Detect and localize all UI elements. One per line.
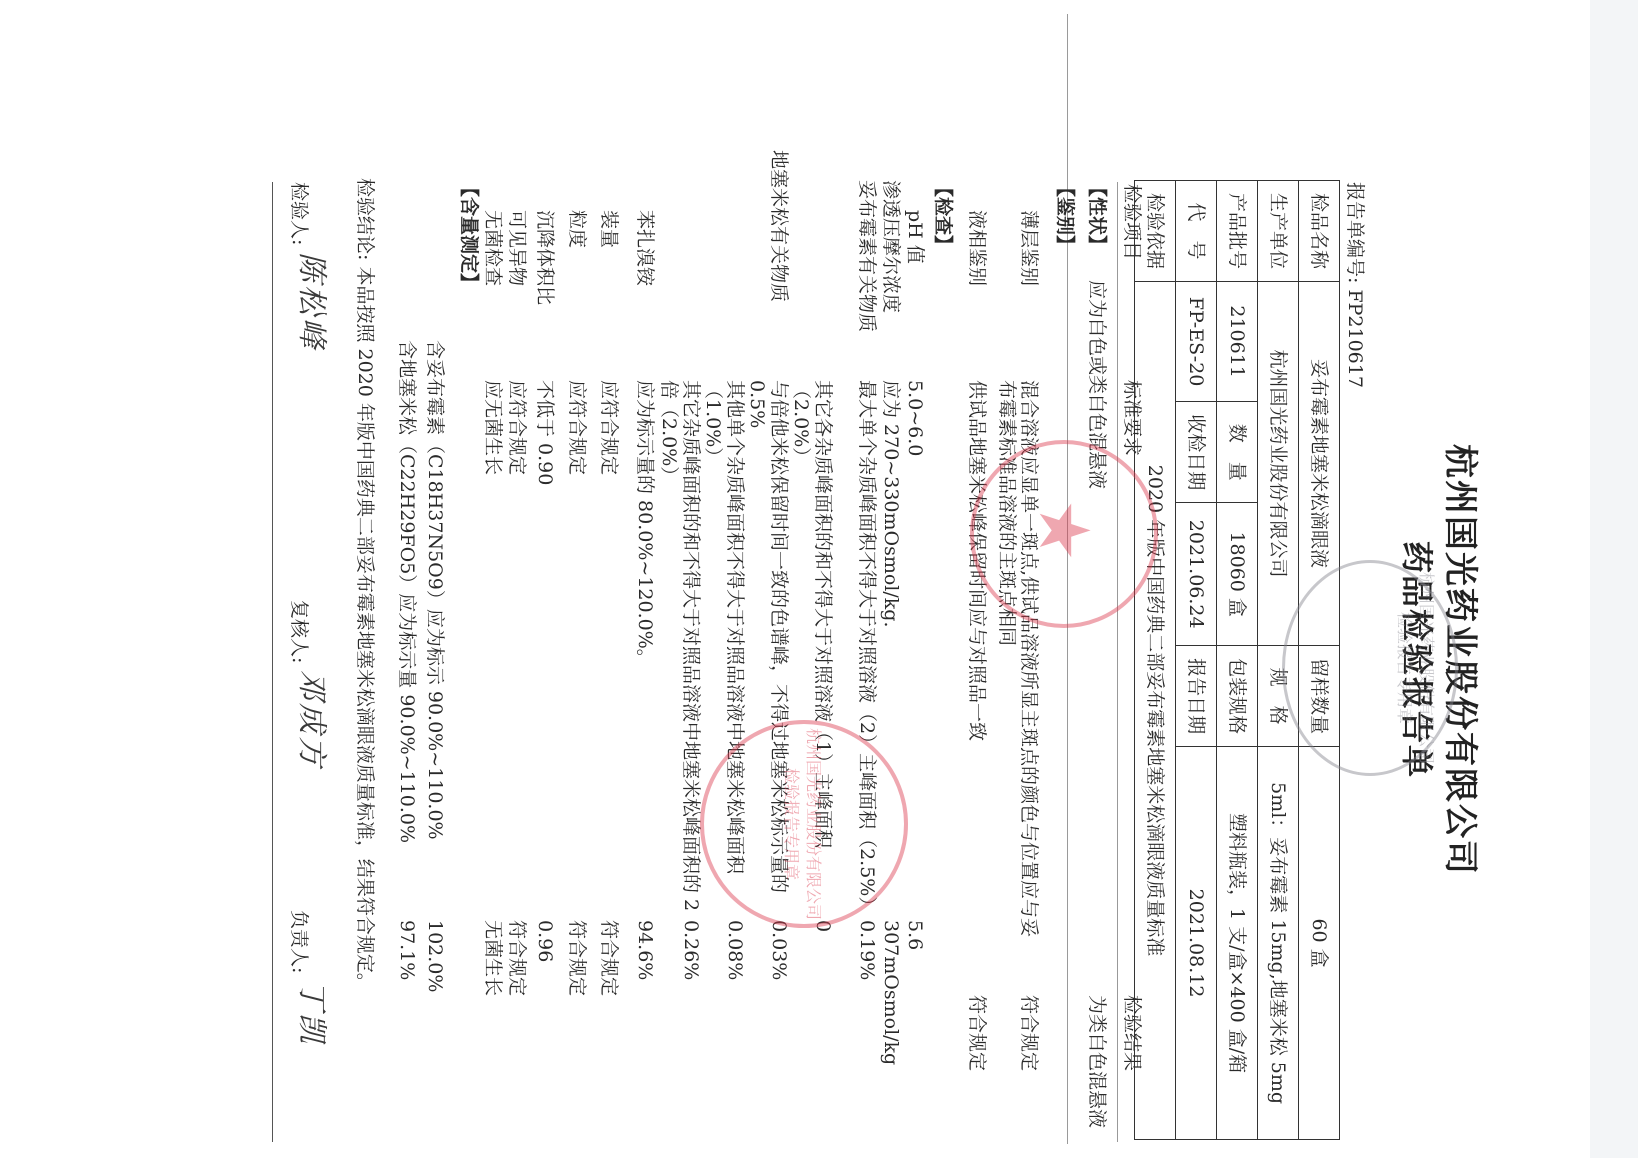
result-hplc: 符合规定 [966, 995, 988, 1071]
manufacturer-label: 生产单位 [1258, 181, 1299, 282]
standard-sterility: 应无菌生长 [482, 380, 504, 475]
packaging-label: 包装规格 [1217, 646, 1258, 747]
item-sterility: 无菌检查 [482, 210, 504, 286]
item-dexamethasone-impurities: 地塞米松有关物质 [768, 150, 790, 302]
report-number: 报告单编号: FP210617 [1344, 182, 1366, 388]
code: FP-ES-20 [1176, 282, 1217, 402]
company-name: 杭州国光药业股份有限公司 [1440, 160, 1480, 1158]
packaging: 塑料瓶装，1 支/盒×400 盒/箱 [1217, 747, 1258, 1140]
report-number-label: 报告单编号: [1344, 182, 1366, 283]
batch: 210611 [1217, 282, 1258, 402]
manufacturer: 杭州国光药业股份有限公司 [1258, 282, 1299, 646]
result-appearance: 为类白色混悬液 [1086, 995, 1108, 1128]
section-title-assay: 【含量测定】 [458, 178, 480, 292]
reviewer-label: 复核人: [288, 600, 310, 663]
item-benzalkonium: 苯扎溴铵 [634, 210, 656, 286]
standard-osmolality: 应为 270~330mOsmol/kg. [880, 380, 902, 627]
spec-label: 规 格 [1258, 646, 1299, 747]
standard-tlc: 混合溶液应显单一斑点,供试品溶液所显主斑点的颜色与位置应与妥布霉素标准品溶液的主… [996, 380, 1040, 940]
report-date-label: 报告日期 [1176, 646, 1217, 747]
item-ph: pH 值 [904, 210, 926, 264]
result-benzalkonium: 94.6% [634, 920, 656, 980]
result-tobramycin-impurity-single: 0.19% [856, 920, 878, 980]
standard-sedimentation: 不低于 0.90 [534, 380, 556, 485]
batch-label: 产品批号 [1217, 181, 1258, 282]
result-tobramycin-impurity-total: 0 [812, 920, 834, 932]
inspection-report-page: 杭州国光药业股份有限公司 药品检验报告单 报告单编号: FP210617 检品名… [188, 160, 1488, 1158]
item-visible-particles: 可见异物 [506, 210, 528, 286]
responsible-label: 负责人: [288, 910, 310, 973]
code-label: 代 号 [1176, 181, 1217, 282]
product-name-label: 检品名称 [1299, 181, 1340, 282]
quantity-label: 数 量 [1217, 402, 1258, 503]
responsible-signature: 丁凯 [300, 980, 322, 1046]
standard-appearance: 应为白色或类白色混悬液 [1086, 280, 1108, 489]
standard-particle-size: 应符合规定 [566, 380, 588, 475]
result-dex-betamethasone: 0.03% [768, 920, 790, 980]
report-date: 2021.08.12 [1176, 747, 1217, 1140]
conclusion-text: 本品按照 2020 年版中国药典二部妥布霉素地塞米松滴眼液质量标准，结果符合规定… [354, 266, 376, 991]
result-visible-particles: 符合规定 [506, 920, 528, 996]
item-tobramycin-impurities: 妥布霉素有关物质 [856, 180, 878, 332]
conclusion: 检验结论: 本品按照 2020 年版中国药典二部妥布霉素地塞米松滴眼液质量标准，… [354, 178, 376, 992]
item-fill-volume: 装量 [598, 210, 620, 248]
result-dex-impurity-single: 0.08% [724, 920, 746, 980]
result-particle-size: 符合规定 [566, 920, 588, 996]
item-hplc: 液相鉴别 [966, 210, 988, 286]
retained-qty-label: 留样数量 [1299, 646, 1340, 747]
section-title-appearance: 【性状】 [1086, 178, 1108, 254]
standard-dex-impurity-single: 其他单个杂质峰面积不得大于对照品溶液中地塞米松峰面积（1.0%） [702, 380, 746, 920]
result-tlc: 符合规定 [1018, 995, 1040, 1071]
standard-visible-particles: 应符合规定 [506, 380, 528, 475]
result-fill-volume: 符合规定 [598, 920, 620, 996]
document-title: 药品检验报告单 [1398, 160, 1436, 1158]
header-divider [1117, 182, 1118, 1142]
result-assay-dexamethasone: 97.1% [396, 920, 418, 980]
scan-edge [1590, 0, 1638, 1158]
item-particle-size: 粒度 [566, 210, 588, 248]
product-info-table: 检品名称 妥布霉素地塞米松滴眼液 留样数量 60 盒 生产单位 杭州国光药业股份… [1134, 180, 1340, 1140]
item-sedimentation: 沉降体积比 [534, 210, 556, 305]
inspector-label: 检验人: [288, 182, 310, 245]
spec: 5ml：妥布霉素 15mg,地塞米松 5mg [1258, 747, 1299, 1140]
standard-assay-dexamethasone: 含地塞米松（C22H29FO5）应为标示量 90.0%~110.0% [396, 340, 418, 843]
product-name: 妥布霉素地塞米松滴眼液 [1299, 282, 1340, 646]
column-header-result: 检验结果 [1121, 995, 1143, 1071]
column-header-item: 检验项目 [1121, 184, 1143, 260]
standard-hplc: 供试品地塞米松峰保留时间应与对照品一致 [966, 380, 988, 741]
section-title-identification: 【鉴别】 [1054, 178, 1076, 254]
result-dex-impurity-total: 0.26% [680, 920, 702, 980]
conclusion-label: 检验结论: [354, 178, 376, 260]
signature-line [272, 182, 273, 1142]
result-assay-tobramycin: 102.0% [424, 920, 446, 992]
received-date: 2021.06.24 [1176, 503, 1217, 646]
item-osmolality: 渗透压摩尔浓度 [880, 180, 902, 313]
standard-tobramycin-impurity-total: 其它各杂质峰面积的和不得大于对照溶液（1）主峰面积（2.0%） [790, 380, 834, 920]
section-title-tests: 【检查】 [932, 178, 954, 254]
result-sedimentation: 0.96 [534, 920, 556, 962]
standard-benzalkonium: 应为标示量的 80.0%~120.0%。 [634, 380, 656, 668]
standard-dex-betamethasone: 与倍他米松保留时间一致的色谱峰，不得过地塞米松标示量的 0.5% [746, 380, 790, 920]
item-tlc: 薄层鉴别 [1018, 210, 1040, 286]
result-ph: 5.6 [904, 920, 926, 950]
inspector-signature: 陈松峰 [300, 252, 322, 351]
column-header-standard: 标准要求 [1121, 380, 1143, 456]
result-osmolality: 307mOsmol/kg [880, 920, 902, 1065]
standard-dex-impurity-total: 其它杂质峰面积的和不得大于对照品溶液中地塞米松峰面积的 2 倍（2.0%） [658, 380, 702, 920]
standard-assay-tobramycin: 含妥布霉素（C18H37N5O9）应为标示 90.0%~110.0% [424, 340, 446, 840]
standard-fill-volume: 应符合规定 [598, 380, 620, 475]
reviewer-signature: 邓成方 [300, 670, 322, 769]
received-date-label: 收检日期 [1176, 402, 1217, 503]
standard-ph: 5.0~6.0 [904, 380, 926, 456]
report-number-value: FP210617 [1344, 289, 1366, 388]
quantity: 18060 盒 [1217, 503, 1258, 646]
retained-qty: 60 盒 [1299, 747, 1340, 1140]
result-sterility: 无菌生长 [482, 920, 504, 996]
standard-tobramycin-impurity-single: 最大单个杂质峰面积不得大于对照溶液（2）主峰面积（2.5%） [856, 380, 878, 920]
